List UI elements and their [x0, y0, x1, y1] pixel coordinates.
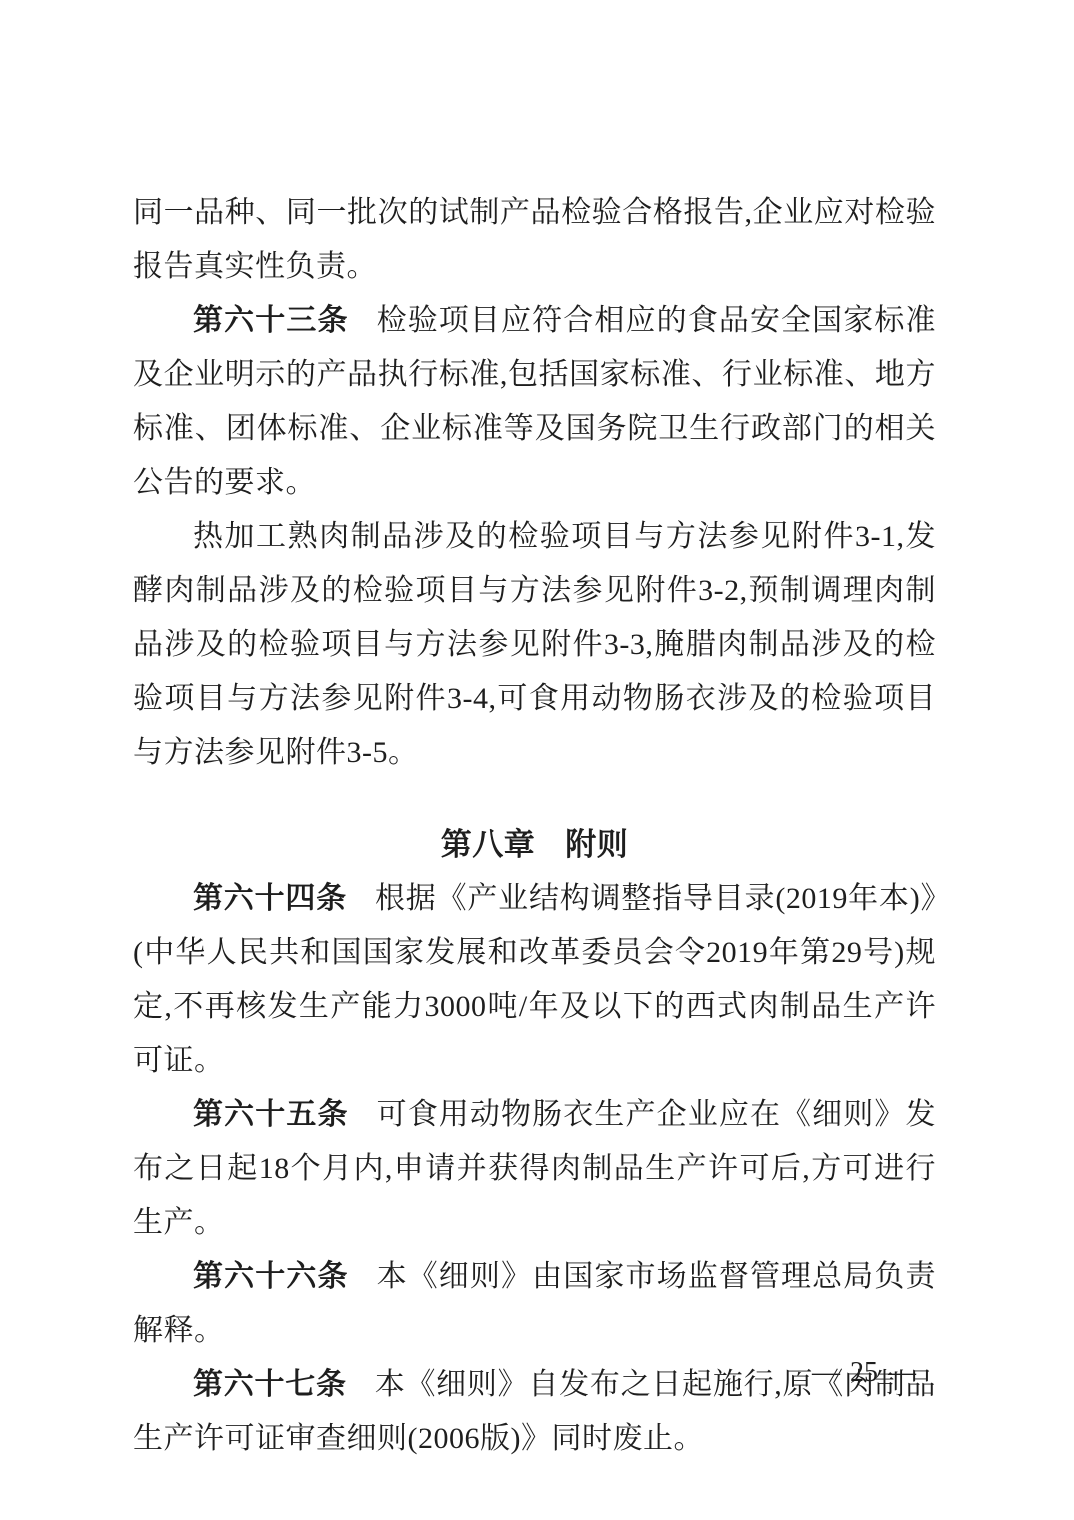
- article-63-number: 第六十三条: [193, 304, 349, 337]
- page-number: —25—: [812, 1355, 916, 1391]
- chapter-heading: 第八章附则: [133, 818, 936, 872]
- paragraph-article-65: 第六十五条可食用动物肠衣生产企业应在《细则》发布之日起18个月内,申请并获得肉制…: [133, 1088, 936, 1250]
- paragraph-article-66: 第六十六条本《细则》由国家市场监督管理总局负责解释。: [133, 1250, 936, 1358]
- paragraph-article-63: 第六十三条检验项目应符合相应的食品安全国家标准及企业明示的产品执行标准,包括国家…: [133, 294, 936, 510]
- paragraph-article-64: 第六十四条根据《产业结构调整指导目录(2019年本)》(中华人民共和国国家发展和…: [133, 872, 936, 1088]
- page-number-value: 25: [850, 1357, 878, 1388]
- article-64-number: 第六十四条: [193, 882, 347, 915]
- page-number-right-dash: —: [888, 1357, 916, 1388]
- article-67-number: 第六十七条: [193, 1368, 347, 1401]
- page-number-left-dash: —: [812, 1357, 840, 1388]
- chapter-number: 第八章: [441, 827, 536, 862]
- paragraph-continuation: 同一品种、同一批次的试制产品检验合格报告,企业应对检验报告真实性负责。: [133, 186, 936, 294]
- paragraph-continuation-text: 同一品种、同一批次的试制产品检验合格报告,企业应对检验报告真实性负责。: [133, 196, 936, 283]
- chapter-title: 附则: [565, 827, 628, 862]
- annex-references-text: 热加工熟肉制品涉及的检验项目与方法参见附件3-1,发酵肉制品涉及的检验项目与方法…: [133, 520, 936, 769]
- document-body: 同一品种、同一批次的试制产品检验合格报告,企业应对检验报告真实性负责。 第六十三…: [133, 186, 936, 1466]
- article-65-number: 第六十五条: [193, 1098, 349, 1131]
- paragraph-annex-references: 热加工熟肉制品涉及的检验项目与方法参见附件3-1,发酵肉制品涉及的检验项目与方法…: [133, 510, 936, 780]
- document-page: 同一品种、同一批次的试制产品检验合格报告,企业应对检验报告真实性负责。 第六十三…: [0, 0, 1074, 1520]
- article-66-number: 第六十六条: [193, 1260, 349, 1293]
